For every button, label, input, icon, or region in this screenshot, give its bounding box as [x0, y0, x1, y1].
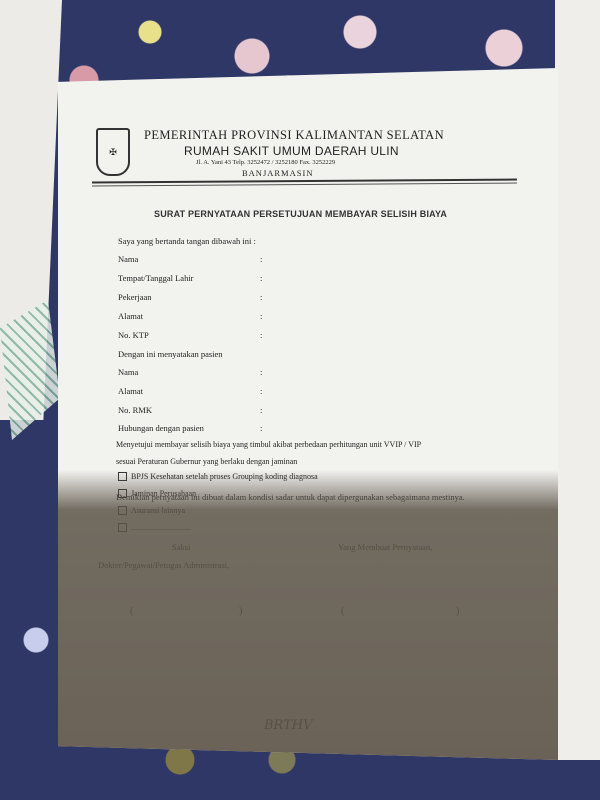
option-label: Asuransi lainnya — [131, 506, 185, 515]
letterhead-city: BANJARMASIN — [242, 168, 313, 178]
field-colon: : — [260, 254, 262, 264]
field-colon: : — [260, 386, 262, 396]
field-colon: : — [260, 405, 262, 415]
intro-text: Saya yang bertanda tangan dibawah ini : — [118, 236, 256, 246]
field-colon: : — [260, 367, 262, 377]
letterhead-government: PEMERINTAH PROVINSI KALIMANTAN SELATAN — [144, 128, 444, 143]
letterhead-hospital: RUMAH SAKIT UMUM DAERAH ULIN — [184, 144, 399, 158]
adjacent-paper-right — [555, 0, 600, 760]
province-crest-icon: ✠ — [96, 128, 130, 176]
field-label-address: Alamat — [118, 311, 143, 321]
witness-sign-bracket-open: ( — [130, 606, 133, 617]
signer-sign-bracket-close: ) — [456, 606, 459, 617]
field-colon: : — [260, 330, 262, 340]
checkbox[interactable] — [118, 506, 127, 515]
field-label-ktp: No. KTP — [118, 330, 149, 340]
field-colon: : — [260, 273, 262, 283]
option-other[interactable]: .............................. — [118, 523, 191, 532]
field-label-name: Nama — [118, 254, 138, 264]
field-colon: : — [260, 292, 262, 302]
field-colon: : — [260, 311, 262, 321]
statement-line-1: Menyetujui membayar selisih biaya yang t… — [116, 440, 536, 449]
field-label-patient-address: Alamat — [118, 386, 143, 396]
closing-statement: Demikian pernyataan ini dibuat dalam kon… — [116, 488, 536, 506]
witness-role: Dokter/Pegawai/Petugas Administrasi, — [98, 560, 229, 570]
signer-label: Yang Membuat Pernyataan, — [338, 542, 432, 552]
form-title: SURAT PERNYATAAN PERSETUJUAN MEMBAYAR SE… — [154, 209, 447, 219]
statement-line-2: sesuai Peraturan Gubernur yang berlaku d… — [116, 457, 536, 466]
field-label-relationship: Hubungan dengan pasien — [118, 423, 204, 433]
witness-label: Saksi — [172, 542, 190, 552]
letterhead-divider — [92, 179, 517, 187]
consent-form-paper: ✠ PEMERINTAH PROVINSI KALIMANTAN SELATAN… — [58, 68, 558, 760]
option-label: BPJS Kesehatan setelah proses Grouping k… — [131, 472, 318, 481]
field-colon: : — [260, 423, 262, 433]
option-label: .............................. — [131, 523, 191, 532]
signer-sign-bracket-open: ( — [341, 606, 344, 617]
handwritten-note: BRTHV — [264, 718, 313, 733]
option-bpjs[interactable]: BPJS Kesehatan setelah proses Grouping k… — [118, 472, 318, 481]
patient-intro: Dengan ini menyatakan pasien — [118, 349, 223, 359]
field-label-occupation: Pekerjaan — [118, 292, 152, 302]
checkbox[interactable] — [118, 523, 127, 532]
field-label-patient-name: Nama — [118, 367, 138, 377]
option-insurance[interactable]: Asuransi lainnya — [118, 506, 185, 515]
field-label-rmk: No. RMK — [118, 405, 152, 415]
checkbox[interactable] — [118, 472, 127, 481]
witness-sign-bracket-close: ) — [239, 606, 242, 617]
field-label-birth: Tempat/Tanggal Lahir — [118, 273, 194, 283]
letterhead-address: Jl. A. Yani 43 Telp. 3252472 / 3252180 F… — [196, 159, 335, 166]
